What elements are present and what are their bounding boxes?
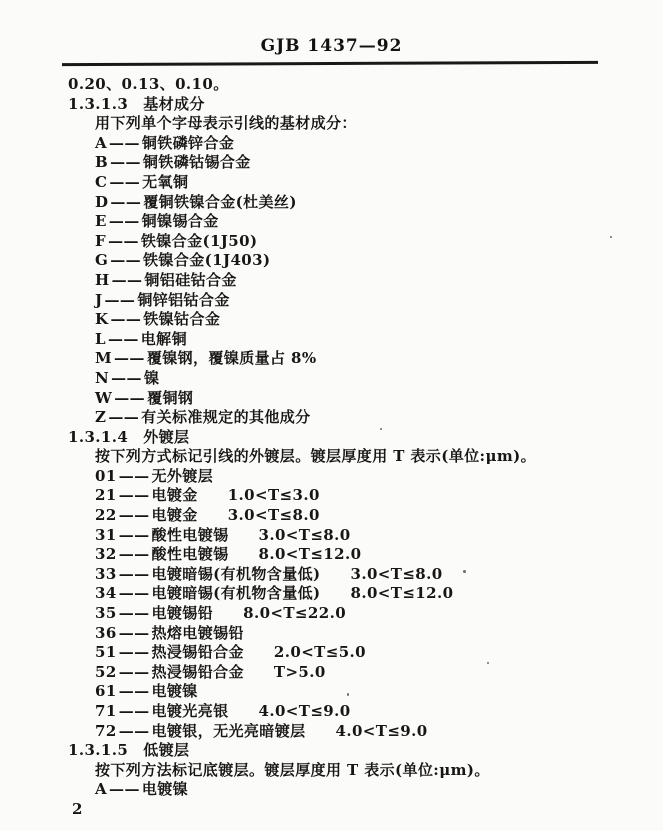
item-range: 8.0<T≤12.0 [259,545,362,563]
continuation-line: 0.20、0.13、0.10。 [0,75,663,95]
section-heading: 1.3.1.5低镀层 [0,741,663,761]
item-dash: —— [119,624,150,642]
item-range: 8.0<T≤22.0 [243,604,346,622]
item-desc: 电镀金 [152,506,198,524]
section-items: A——铜铁磷锌合金 B——铜铁磷钴锡合金 C——无氧铜 D——覆铜铁镍合金(杜美… [0,134,663,428]
item-desc: 电解铜 [141,330,187,348]
item-dash: —— [109,780,140,798]
item-dash: —— [119,584,150,602]
item-desc: 电镀锡铅 [152,604,214,622]
item-range: 3.0<T≤8.0 [259,526,351,544]
item-code: 31 [95,526,117,544]
item-code: 51 [95,643,117,661]
list-item: Z——有关标准规定的其他成分 [0,408,663,428]
list-item: A——铜铁磷锌合金 [0,134,663,154]
item-code: 71 [95,702,117,720]
item-desc: 电镀暗锡(有机物含量低) [152,565,321,583]
list-item: 33——电镀暗锡(有机物含量低)3.0<T≤8.0 [0,565,663,585]
list-item: 61——电镀镍 [0,682,663,702]
item-dash: —— [119,682,150,700]
list-item: E——铜镍锡合金 [0,212,663,232]
item-desc: 电镀光亮银 [152,702,229,720]
document-body: 0.20、0.13、0.10。 1.3.1.3基材成分 用下列单个字母表示引线的… [0,75,663,800]
item-code: H [95,271,110,289]
section-title: 低镀层 [143,741,189,759]
list-item: 34——电镀暗锡(有机物含量低)8.0<T≤12.0 [0,584,663,604]
item-range: 1.0<T≤3.0 [228,486,320,504]
item-desc: 酸性电镀锡 [152,526,229,544]
sections-container: 1.3.1.3基材成分 用下列单个字母表示引线的基材成分： A——铜铁磷锌合金 … [0,95,663,800]
item-dash: —— [111,369,142,387]
section-number: 1.3.1.4 [68,428,128,446]
document-header: GJB 1437—92 [0,0,663,56]
section-lead: 按下列方式标记引线的外镀层。镀层厚度用 T 表示(单位:μm)。 [0,447,663,467]
list-item: D——覆铜铁镍合金(杜美丝) [0,193,663,213]
item-dash: —— [110,193,141,211]
scan-noise-speck [487,662,489,664]
list-item: A——电镀镍 [0,780,663,800]
item-desc: 覆铜铁镍合金(杜美丝) [143,193,297,211]
item-dash: —— [110,251,141,269]
item-dash: —— [119,663,150,681]
item-dash: —— [108,330,139,348]
page-number: 2 [72,800,82,818]
item-desc: 覆镍钢，覆镍质量占 8% [147,349,317,367]
scan-noise-speck [347,693,349,696]
section-title: 基材成分 [143,95,205,113]
item-desc: 镍 [144,369,159,387]
item-range: 3.0<T≤8.0 [351,565,443,583]
item-dash: —— [119,506,150,524]
section-title: 外镀层 [143,428,189,446]
scan-noise-speck [463,570,466,573]
item-dash: —— [119,722,150,740]
scan-noise-speck [205,121,207,123]
item-dash: —— [109,212,140,230]
item-desc: 无氧铜 [142,173,188,191]
header-rule [62,61,598,66]
item-desc: 电镀银，无光亮暗镀层 [152,722,306,740]
item-code: A [95,780,107,798]
item-code: 32 [95,545,117,563]
item-code: E [95,212,107,230]
list-item: K——铁镍钴合金 [0,310,663,330]
list-item: 51——热浸锡铅合金2.0<T≤5.0 [0,643,663,663]
list-item: B——铜铁磷钴锡合金 [0,153,663,173]
item-code: 36 [95,624,117,642]
item-desc: 铁镍合金(1J403) [143,251,270,269]
list-item: 71——电镀光亮银4.0<T≤9.0 [0,702,663,722]
item-desc: 有关标准规定的其他成分 [141,408,310,426]
list-item: 35——电镀锡铅8.0<T≤22.0 [0,604,663,624]
item-dash: —— [109,134,140,152]
item-dash: —— [108,408,139,426]
item-desc: 酸性电镀锡 [152,545,229,563]
item-desc: 铁镍钴合金 [143,310,220,328]
list-item: 52——热浸锡铅合金T>5.0 [0,663,663,683]
item-code: D [95,193,108,211]
list-item: 01——无外镀层 [0,467,663,487]
item-desc: 热浸锡铅合金 [152,643,244,661]
item-code: A [95,134,107,152]
item-code: 52 [95,663,117,681]
item-dash: —— [114,349,145,367]
section-items: 01——无外镀层 21——电镀金1.0<T≤3.0 22——电镀金3.0<T≤8… [0,467,663,741]
item-desc: 铜锌铝钴合金 [137,291,229,309]
item-dash: —— [110,310,141,328]
item-desc: 电镀暗锡(有机物含量低) [152,584,321,602]
item-dash: —— [119,643,150,661]
item-desc: 热熔电镀锡铅 [152,624,244,642]
item-range: 3.0<T≤8.0 [228,506,320,524]
list-item: L——电解铜 [0,330,663,350]
item-dash: —— [112,271,143,289]
item-code: 35 [95,604,117,622]
document-section: 1.3.1.4外镀层 按下列方式标记引线的外镀层。镀层厚度用 T 表示(单位:μ… [0,428,663,742]
list-item: F——铁镍合金(1J50) [0,232,663,252]
item-dash: —— [119,604,150,622]
item-code: F [95,232,106,250]
list-item: N——镍 [0,369,663,389]
item-code: Z [95,408,106,426]
item-desc: 铜铝硅钴合金 [144,271,236,289]
item-desc: 热浸锡铅合金 [152,663,244,681]
document-page: GJB 1437—92 0.20、0.13、0.10。 1.3.1.3基材成分 … [0,0,663,831]
item-dash: —— [110,153,141,171]
item-code: J [95,291,103,309]
section-items: A——电镀镍 [0,780,663,800]
item-code: G [95,251,108,269]
document-section: 1.3.1.5低镀层 按下列方法标记底镀层。镀层厚度用 T 表示(单位:μm)。… [0,741,663,800]
item-code: 21 [95,486,117,504]
list-item: 31——酸性电镀锡3.0<T≤8.0 [0,526,663,546]
list-item: M——覆镍钢，覆镍质量占 8% [0,349,663,369]
item-code: 22 [95,506,117,524]
section-heading: 1.3.1.3基材成分 [0,95,663,115]
item-code: M [95,349,112,367]
section-lead: 用下列单个字母表示引线的基材成分： [0,114,663,134]
list-item: G——铁镍合金(1J403) [0,251,663,271]
item-range: T>5.0 [274,663,326,681]
item-range: 8.0<T≤12.0 [351,584,454,602]
list-item: 21——电镀金1.0<T≤3.0 [0,486,663,506]
item-desc: 电镀镍 [152,682,198,700]
item-range: 2.0<T≤5.0 [274,643,366,661]
item-code: 72 [95,722,117,740]
item-code: 01 [95,467,117,485]
item-code: B [95,153,108,171]
item-dash: —— [119,526,150,544]
list-item: 22——电镀金3.0<T≤8.0 [0,506,663,526]
item-desc: 覆铜钢 [147,389,193,407]
item-dash: —— [105,291,136,309]
item-code: 33 [95,565,117,583]
item-code: K [95,310,108,328]
item-code: N [95,369,109,387]
section-number: 1.3.1.5 [68,741,128,759]
section-lead: 按下列方法标记底镀层。镀层厚度用 T 表示(单位:μm)。 [0,761,663,781]
item-code: L [95,330,106,348]
item-dash: —— [108,232,139,250]
item-dash: —— [119,486,150,504]
item-desc: 铜铁磷锌合金 [142,134,234,152]
item-range: 4.0<T≤9.0 [259,702,351,720]
list-item: C——无氧铜 [0,173,663,193]
item-dash: —— [119,545,150,563]
scan-noise-speck [610,236,612,238]
item-desc: 无外镀层 [152,467,214,485]
item-code: C [95,173,107,191]
scan-noise-speck [380,428,382,430]
list-item: 36——热熔电镀锡铅 [0,624,663,644]
list-item: 72——电镀银，无光亮暗镀层4.0<T≤9.0 [0,722,663,742]
item-dash: —— [119,467,150,485]
list-item: 32——酸性电镀锡8.0<T≤12.0 [0,545,663,565]
document-section: 1.3.1.3基材成分 用下列单个字母表示引线的基材成分： A——铜铁磷锌合金 … [0,95,663,428]
item-code: W [95,389,112,407]
item-dash: —— [114,389,145,407]
standard-number: GJB 1437—92 [261,36,403,56]
item-code: 34 [95,584,117,602]
item-desc: 铜镍锡合金 [142,212,219,230]
item-dash: —— [119,565,150,583]
item-range: 4.0<T≤9.0 [336,722,428,740]
item-dash: —— [109,173,140,191]
list-item: H——铜铝硅钴合金 [0,271,663,291]
item-dash: —— [119,702,150,720]
item-desc: 铜铁磷钴锡合金 [143,153,251,171]
list-item: W——覆铜钢 [0,389,663,409]
item-desc: 铁镍合金(1J50) [141,232,258,250]
list-item: J——铜锌铝钴合金 [0,291,663,311]
section-number: 1.3.1.3 [68,95,128,113]
item-desc: 电镀金 [152,486,198,504]
item-desc: 电镀镍 [142,780,188,798]
item-code: 61 [95,682,117,700]
section-heading: 1.3.1.4外镀层 [0,428,663,448]
